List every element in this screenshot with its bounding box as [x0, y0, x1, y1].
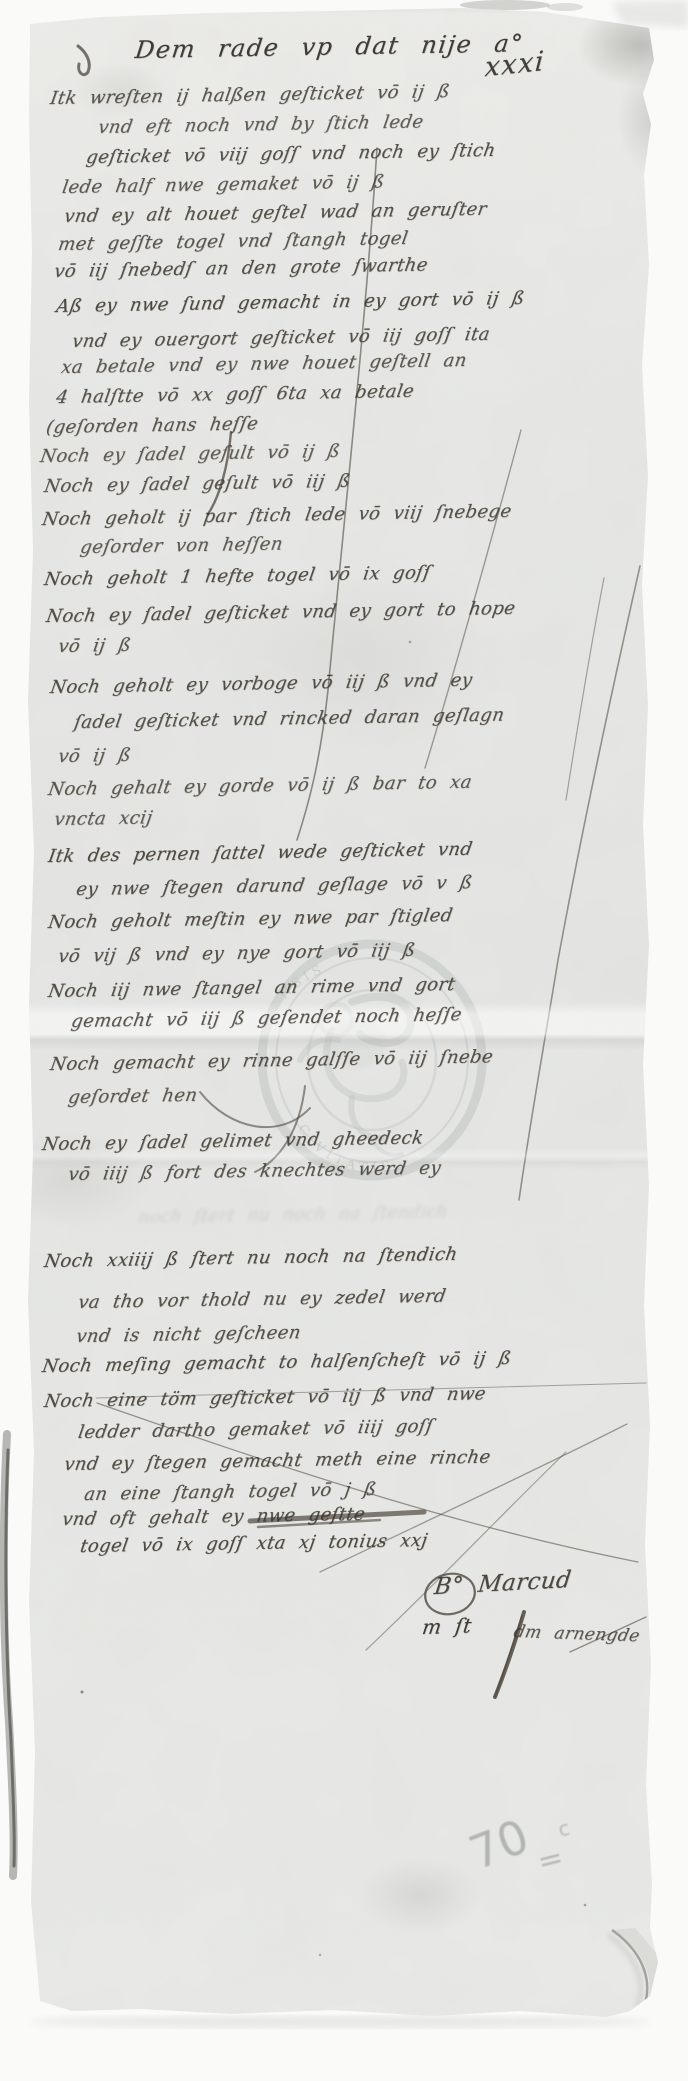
manuscript-line: vnd ey ſtegen gemacht meth eine rinche — [63, 1447, 493, 1476]
manuscript-line: geſticket vō viij goſſ vnd noch ey ſtich — [85, 140, 498, 168]
manuscript-line: ey nwe ſtegen darund geſlage vō v ß — [75, 872, 474, 900]
manuscript-line: gemacht vō iij ß geſendet noch heſſe — [70, 1004, 464, 1032]
header-line: Dem rade vp dat nije a° — [134, 29, 526, 64]
manuscript-line: Noch geholt ij par ſtich lede vō viij ſn… — [41, 501, 514, 530]
manuscript-line: Noch ey ſadel geſult vō ij ß — [39, 441, 342, 467]
header-line: xxxi — [484, 46, 546, 84]
archival-mark: 70 — [462, 1809, 536, 1880]
manuscript-line: lede half nwe gemaket vō ij ß — [61, 171, 386, 198]
manuscript-line: Itk des pernen ſattel wede geſticket vnd — [47, 839, 474, 867]
manuscript-line: vnd ey alt houet geſtel wad an geruſter — [63, 199, 489, 227]
manuscript-line: va tho vor thold nu ey zedel werd — [77, 1286, 448, 1313]
archival-mark: = — [534, 1840, 567, 1880]
manuscript-line: Noch xxiiij ß ſtert nu noch na ſtendich — [43, 1244, 459, 1272]
manuscript-line: Noch ey ſadel geſticket vnd ey gort to h… — [45, 598, 517, 627]
paper-sheet: NSIS CIVITATIS — [0, 0, 688, 2081]
manuscript-line: ſadel geſticket vnd rincked daran geſlag… — [73, 704, 506, 733]
manuscript-line: Noch meſing gemacht to halſenſcheſt vō i… — [41, 1348, 513, 1377]
manuscript-line: togel vō ix goſſ xta xj tonius xxj — [79, 1530, 430, 1557]
manuscript-line: Noch gehalt ey gorde vō ij ß bar to xa — [47, 772, 474, 800]
manuscript-line: vnd eft noch vnd by ſtich lede — [97, 111, 425, 138]
manuscript-line: Noch geholt 1 hefte togel vō ix goſſ — [43, 562, 432, 590]
manuscript-line: Noch geholt ey vorboge vō iij ß vnd ey — [49, 670, 474, 698]
top-edge-smudge — [547, 3, 583, 11]
top-right-shadow — [612, 0, 688, 28]
manuscript-scan: NSIS CIVITATIS — [0, 0, 688, 2081]
top-edge-smudge — [460, 0, 550, 10]
manuscript-line: vnd is nicht geſcheen — [75, 1322, 303, 1347]
erased-line: noch ſtert nu noch na ſtendich — [137, 1203, 450, 1228]
manuscript-line: vō iiij ß fort des knechtes werd ey — [67, 1157, 443, 1185]
manuscript-line: ledder dartho gemaket vō iiij goſſ — [77, 1416, 435, 1443]
manuscript-line: an eine ſtangh togel vō j ß — [83, 1479, 378, 1505]
adjacent-page-edge — [4, 1434, 14, 1876]
paper-drop-shadow — [30, 2016, 650, 2028]
manuscript-line: Noch eine töm geſticket vō iij ß vnd nwe — [43, 1383, 488, 1412]
manuscript-line: met geſſte togel vnd ſtangh togel — [57, 228, 410, 255]
manuscript-line: (geſorden hans heſſe — [45, 413, 260, 438]
manuscript-line: vncta xcij — [53, 807, 154, 830]
ink-text-layer: Dem rade vp dat nije a°xxxiItk wreſten i… — [0, 0, 688, 2081]
archival-mark: c — [556, 1816, 572, 1842]
manuscript-line: Noch ey ſadel gelimet vnd gheedeck — [41, 1127, 425, 1155]
manuscript-line: Noch gemacht ey rinne galſſe vō iij ſneb… — [49, 1046, 495, 1075]
manuscript-line: geſorder von heſſen — [79, 533, 285, 558]
manuscript-line: vō iij ſnebedſ an den grote ſwarthe — [53, 254, 430, 282]
manuscript-line: vō ij ß — [57, 745, 133, 767]
manuscript-line: Aß ey nwe ſund gemacht in ey gort vō ij … — [55, 288, 526, 317]
manuscript-line: vō ij ß — [57, 635, 133, 657]
manuscript-line: Noch iij nwe ſtangel an rime vnd gort — [47, 974, 457, 1002]
signature-line: dm arnengde — [512, 1622, 642, 1646]
manuscript-line: Noch geholt meſtin ey nwe par ſtigled — [47, 905, 455, 933]
manuscript-line: vō vij ß vnd ey nye gort vō iij ß — [57, 940, 417, 967]
manuscript-line: xa betale vnd ey nwe houet geſtell an — [60, 350, 469, 378]
manuscript-line: 4 halſtte vō xx goſſ 6ta xa betale — [55, 381, 416, 408]
signature-line: B° Marcud — [433, 1567, 573, 1600]
manuscript-line: Noch ey ſadel geſult vō iij ß — [43, 471, 352, 497]
signature-line: m ſt — [421, 1613, 474, 1639]
manuscript-line: vnd ey ouergort geſticket vō iij goſſ it… — [71, 324, 492, 352]
manuscript-line: vnd oft gehalt ey nwe geſtte — [61, 1504, 367, 1530]
manuscript-line: Itk wreſten ij halßen geſticket vō ij ß — [49, 81, 452, 109]
manuscript-line: geſordet hen — [67, 1085, 199, 1108]
